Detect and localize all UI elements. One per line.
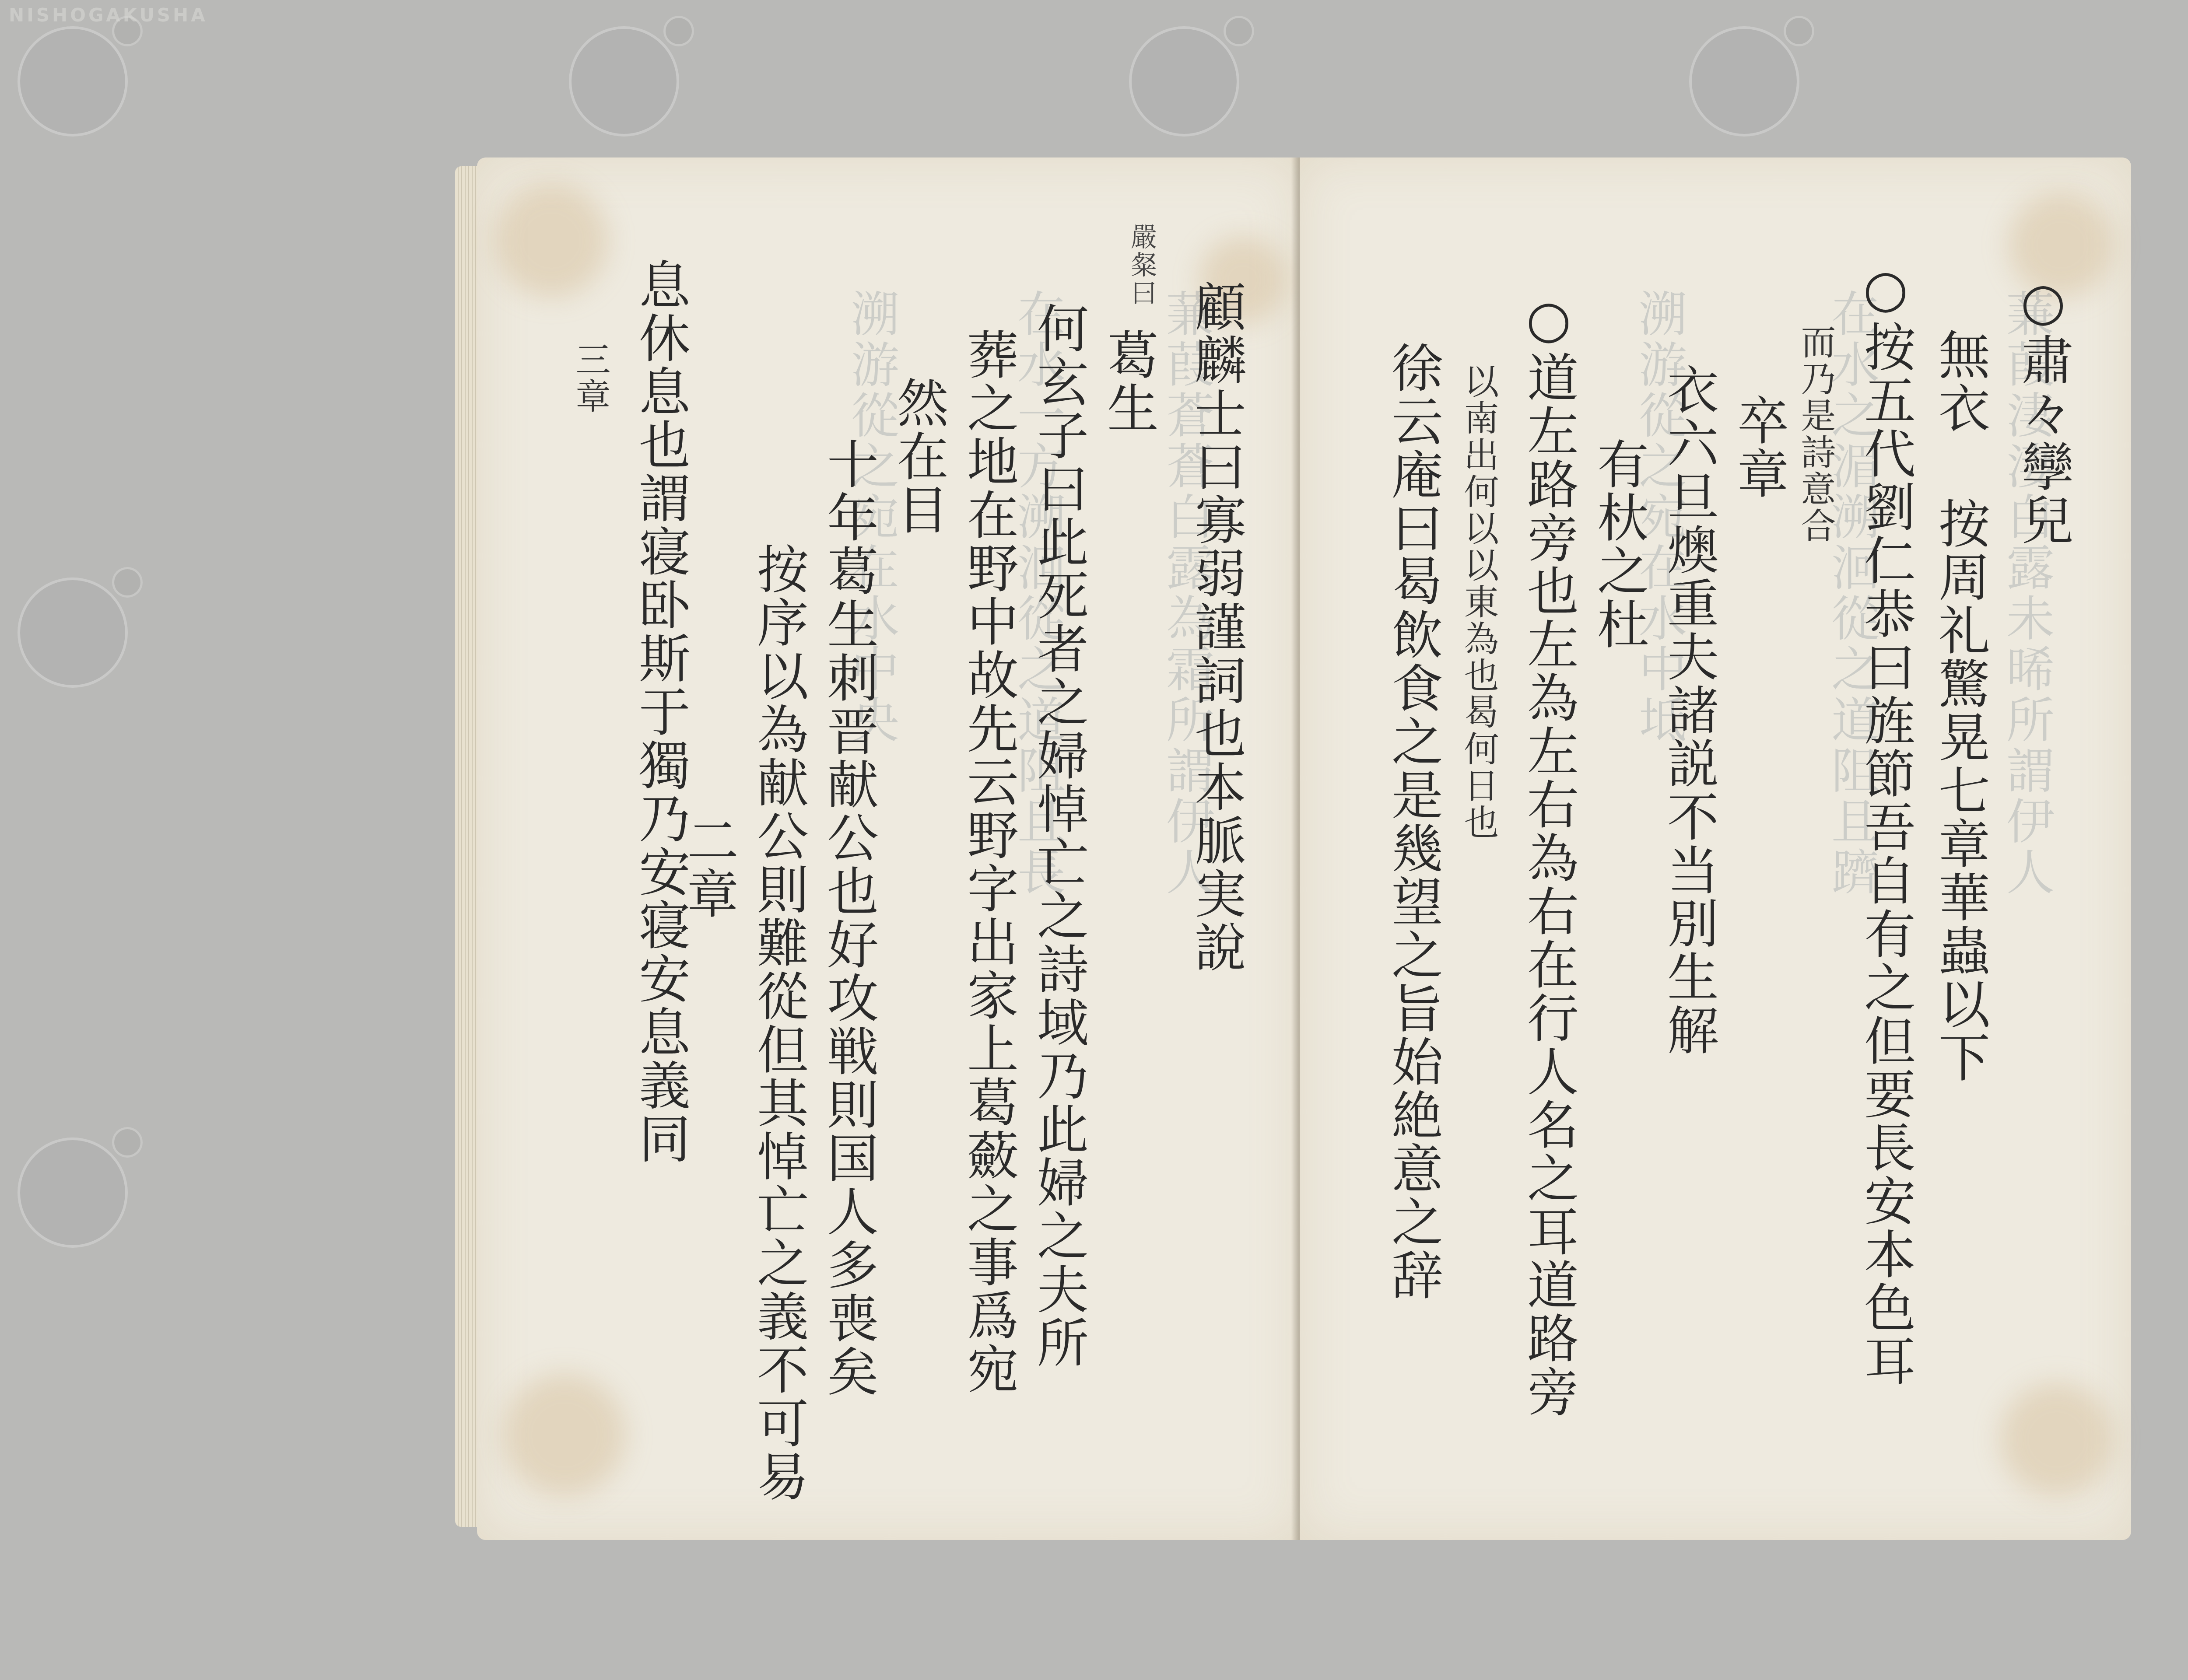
text-column: 顧麟士曰寡弱謹詞也本脈実說 — [1189, 280, 1243, 974]
left-page: 蒹葭蒼蒼白露為霜所謂伊人 在水一方溯洄從之道阻且長 溯游從之宛在水中央 顧麟士曰… — [477, 157, 1300, 1540]
text-column: 息休息也謂寝卧斯于獨乃安寝安息義同 — [633, 258, 687, 1165]
text-column: 何玄子曰此死者之婦悼亡之詩域乃此婦之夫所 — [1031, 302, 1085, 1369]
watermark-logo-icon — [18, 577, 128, 688]
text-column-note: 嚴粲曰 — [1128, 223, 1155, 307]
text-column: 而乃是詩意合 — [1797, 324, 1834, 544]
watermark-logo-icon — [569, 26, 679, 136]
text-column: 葛生 — [1101, 328, 1155, 435]
text-column: 十年葛生刺晋献公也好攻戦則国人多喪矣 — [821, 437, 875, 1398]
watermark-text: NISHOGAKUSHA — [9, 4, 208, 26]
watermark-logo-icon — [1689, 26, 1799, 136]
text-column: 三章 — [572, 341, 608, 415]
open-book: 蒹葭蒼蒼白露為霜所謂伊人 在水一方溯洄從之道阻且長 溯游從之宛在水中央 顧麟士曰… — [455, 157, 2153, 1549]
text-column: 葬之地在野中故先云野字出家上葛蘞之事爲宛 — [961, 328, 1015, 1396]
watermark-logo-icon — [18, 1137, 128, 1248]
text-column: 徐云庵曰曷飲食之是幾望之旨始絶意之辞 — [1385, 341, 1440, 1302]
watermark-logo-icon — [1129, 26, 1239, 136]
text-column: ○道左路旁也左為左右為右在行人名之耳道路旁 — [1521, 289, 1575, 1418]
text-column: 卒章 — [1731, 394, 1785, 500]
text-column: ○按五代劉仁恭曰旌節吾自有之但要長安本色耳 — [1858, 258, 1912, 1388]
text-column: 以南出何以以東為也曷何日也 — [1460, 363, 1497, 841]
text-column: 衣六旦燠重夫諸説不当別生解 — [1661, 363, 1715, 1057]
text-column: 無衣 按周礼驚晃七章華蟲以下 — [1932, 328, 1987, 1084]
text-column: 有杕之杜 — [1591, 437, 1645, 651]
right-page: 蒹葭淒淒白露未晞所謂伊人 在水之湄溯洄從之道阻且躋 溯游從之宛在水中坻 ○肅々孿… — [1300, 157, 2131, 1540]
text-column: 然在目 — [891, 376, 945, 536]
watermark-logo-icon — [18, 26, 128, 136]
text-column: 按序以為献公則難從但其悼亡之義不可易 — [751, 542, 805, 1503]
heading: ○肅々孿兒 — [2016, 271, 2070, 547]
